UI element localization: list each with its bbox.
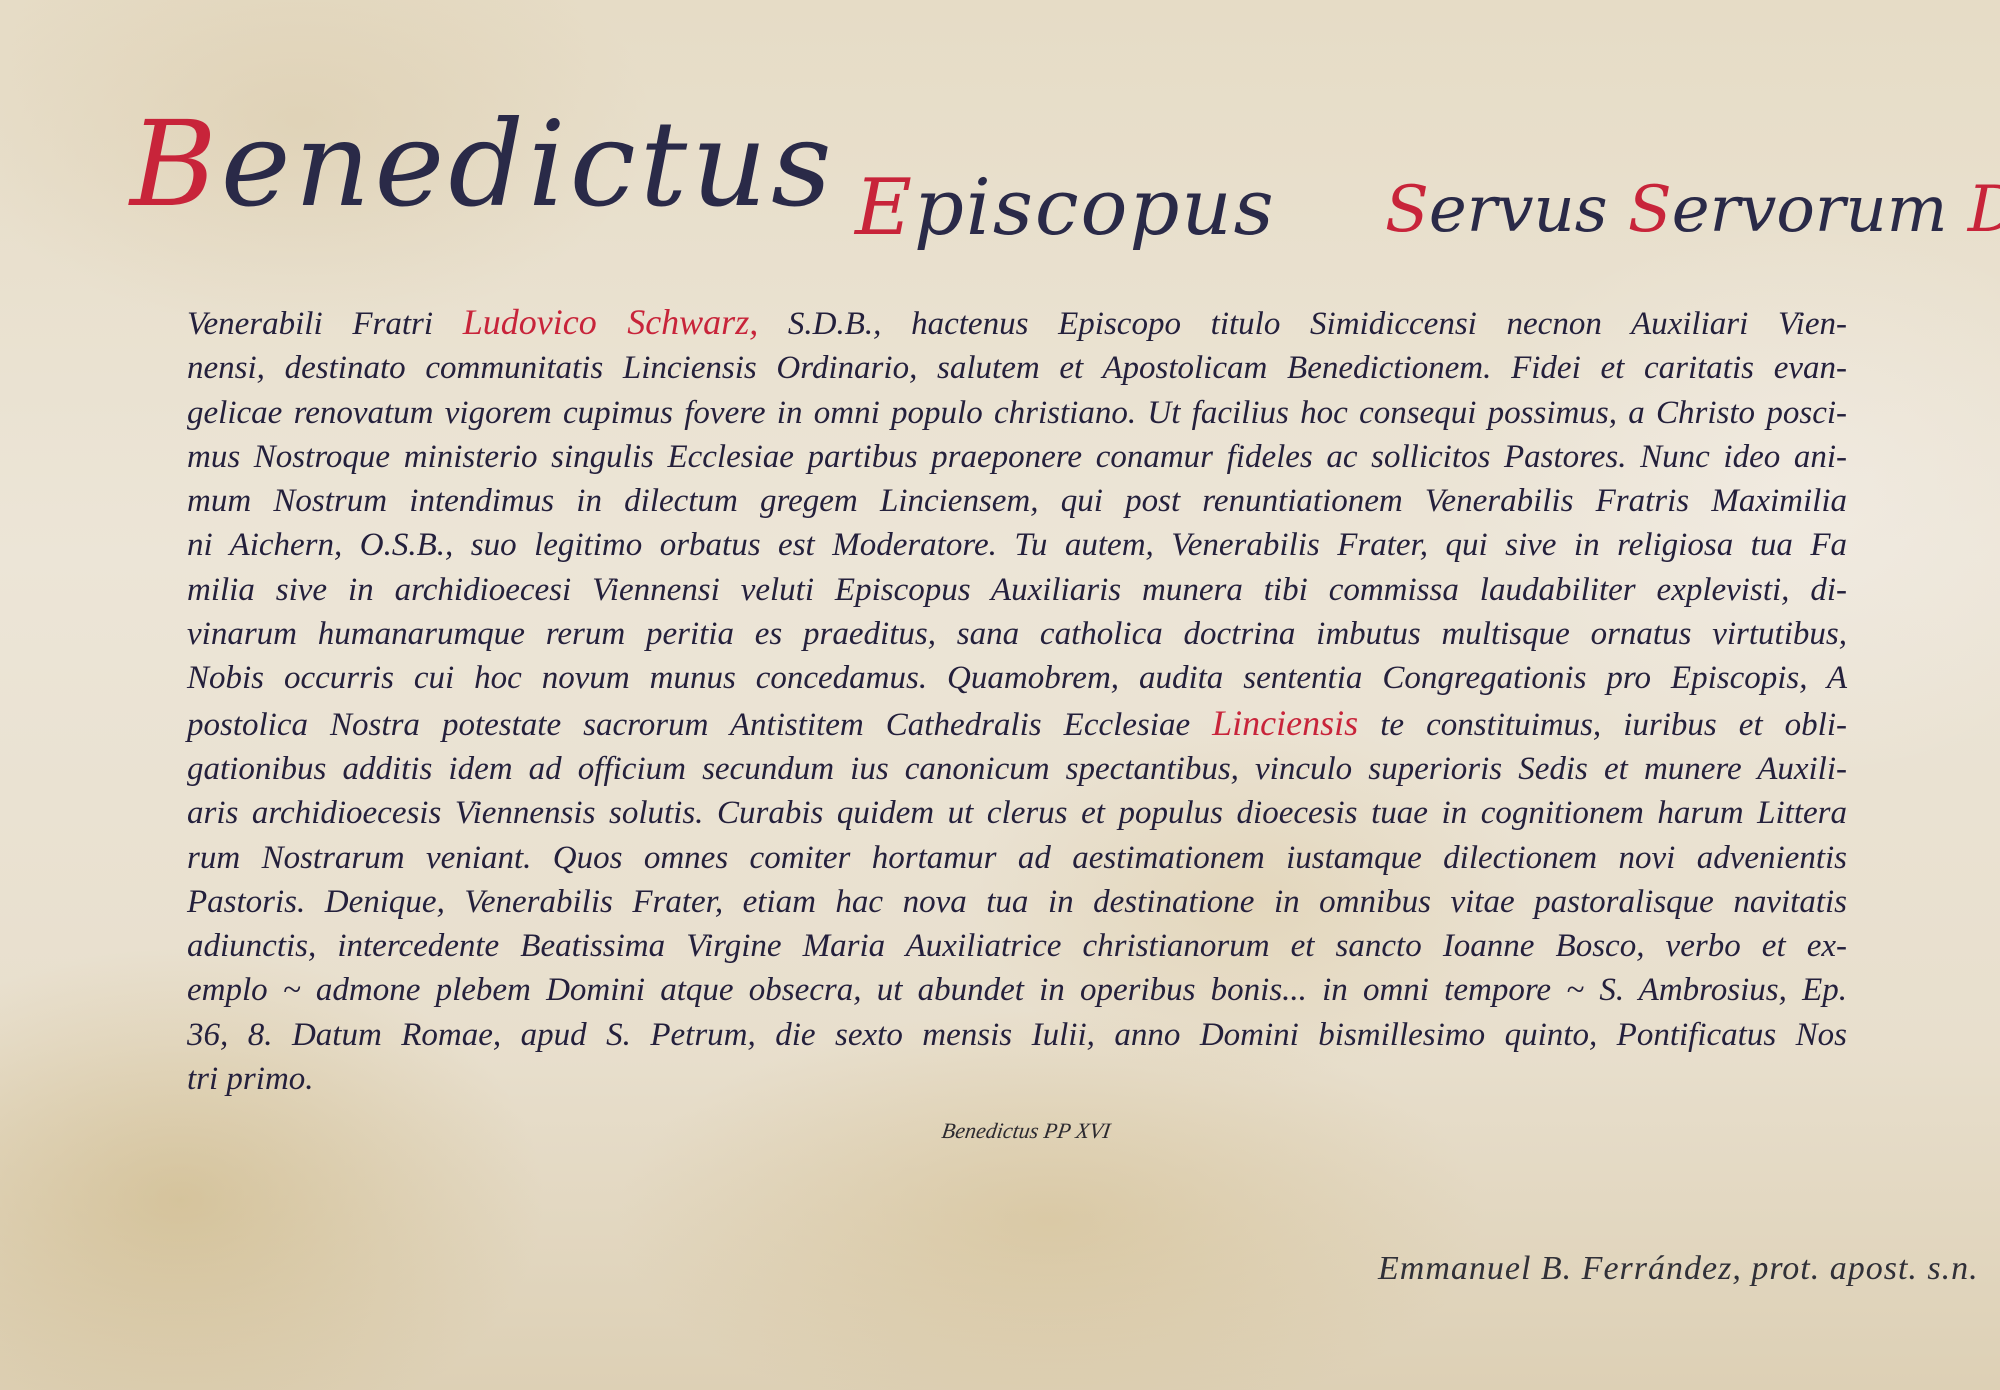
text-segment: postolica Nostra potestate sacrorum Anti…: [187, 707, 1212, 743]
notary-signature: Emmanuel B. Ferrández, prot. apost. s.n.: [1378, 1250, 1979, 1288]
body-line: mus Nostroque ministerio singulis Eccles…: [187, 435, 1847, 479]
body-line: adiunctis, intercedente Beatissima Virgi…: [187, 924, 1847, 968]
text-segment: Venerabili Fratri: [187, 306, 463, 342]
body-line: emplo ~ admone plebem Domini atque obsec…: [187, 968, 1847, 1012]
document-body: Venerabili Fratri Ludovico Schwarz, S.D.…: [187, 300, 1847, 1101]
body-line: mum Nostrum intendimus in dilectum grege…: [187, 479, 1847, 523]
body-line: aris archidioecesis Viennensis solutis. …: [187, 791, 1847, 835]
rubric-initial-s: S: [1385, 173, 1429, 247]
body-line: 36, 8. Datum Romae, apud S. Petrum, die …: [187, 1013, 1847, 1057]
body-line: Nobis occurris cui hoc novum munus conce…: [187, 656, 1847, 700]
heading-word-rest: piscopus: [914, 163, 1276, 253]
body-line: gationibus additis idem ad officium secu…: [187, 747, 1847, 791]
body-line: milia sive in archidioecesi Viennensi ve…: [187, 568, 1847, 612]
rubric-initial-e: E: [855, 163, 914, 253]
text-segment: te constituimus, iuribus et obli-: [1358, 707, 1847, 743]
addressee-name: Ludovico Schwarz,: [463, 302, 758, 342]
rubric-initial-d: D: [1968, 173, 2000, 247]
text-segment: S.D.B., hactenus Episcopo titulo Simidic…: [758, 306, 1847, 342]
heading-servus-servorum-dei: Servus Servorum Dei: [1385, 173, 2000, 247]
body-line: gelicae renovatum vigorem cupimus fovere…: [187, 391, 1847, 435]
heading-word-rest: enedictus: [221, 95, 836, 233]
heading-word-rest: ervorum: [1672, 173, 1948, 247]
body-line: rum Nostrarum veniant. Quos omnes comite…: [187, 836, 1847, 880]
heading-episcopus: Episcopus: [855, 163, 1276, 253]
body-line: ni Aichern, O.S.B., suo legitimo orbatus…: [187, 523, 1847, 567]
rubric-initial-s: S: [1628, 173, 1672, 247]
heading-benedictus: Benedictus: [130, 95, 836, 233]
diocese-name: Linciensis: [1212, 703, 1358, 743]
body-line: tri primo.: [187, 1057, 1847, 1101]
rubric-initial-b: B: [130, 95, 221, 233]
heading-word-rest: ervus: [1429, 173, 1608, 247]
body-line: nensi, destinato communitatis Linciensis…: [187, 346, 1847, 390]
papal-signature: Benedictus PP XVI: [940, 1118, 1112, 1144]
body-line: Pastoris. Denique, Venerabilis Frater, e…: [187, 880, 1847, 924]
body-line: postolica Nostra potestate sacrorum Anti…: [187, 701, 1847, 747]
document-heading: Benedictus Episcopus Servus Servorum Dei: [130, 95, 1850, 295]
body-line: vinarum humanarumque rerum peritia es pr…: [187, 612, 1847, 656]
body-line: Venerabili Fratri Ludovico Schwarz, S.D.…: [187, 300, 1847, 346]
